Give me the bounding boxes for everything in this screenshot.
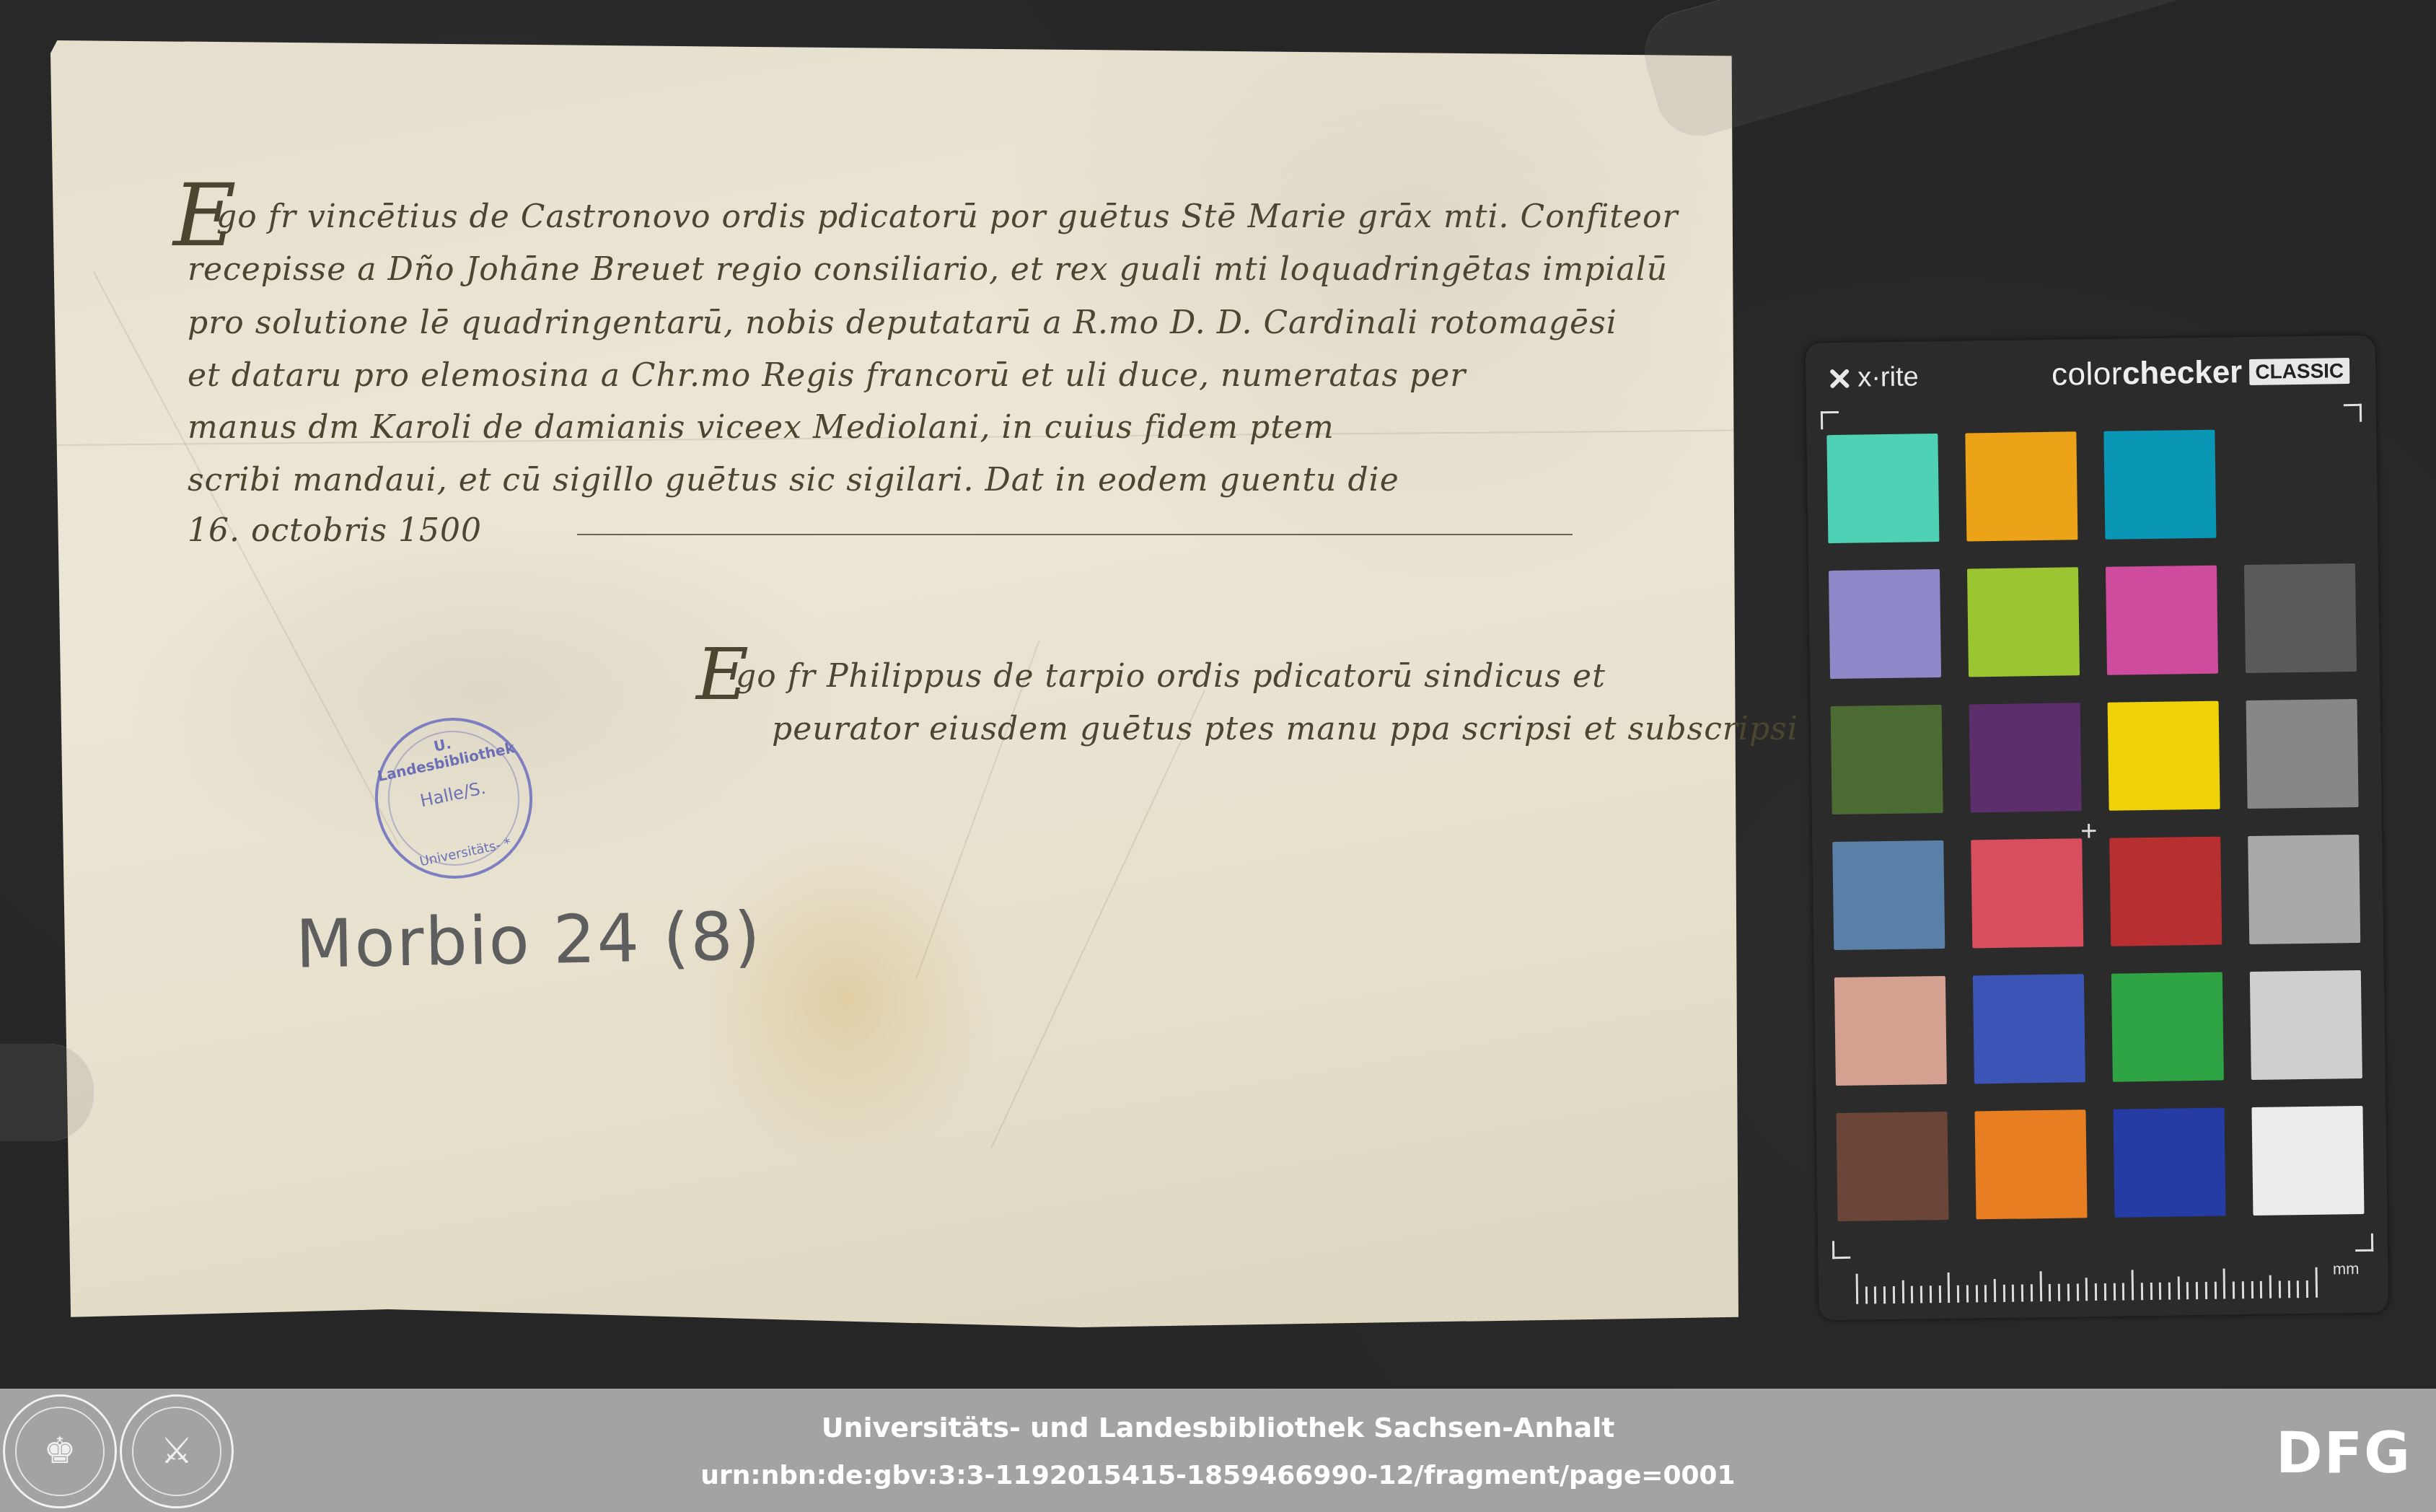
mm-ruler [1856,1267,2318,1304]
ruler-tick [2242,1281,2244,1298]
ruler-tick [1911,1286,1913,1304]
shelfmark: Morbio 24 (8) [295,897,762,983]
ruler-tick [1966,1285,1969,1303]
ruler-tick [2113,1283,2115,1301]
manuscript-line-7: 16. octobris 1500 [188,512,482,549]
plexiglass-clamp-left [0,1044,95,1141]
ruler-tick [1984,1285,1987,1302]
ruler-tick [2141,1283,2143,1300]
ruler-tick [1856,1274,1859,1304]
ruler-tick [2049,1284,2051,1301]
color-patch [2242,428,2354,537]
color-patch [1834,976,1947,1086]
ruler-tick [1920,1285,1922,1303]
color-patch [2103,430,2216,540]
manuscript-line-5: manus dm Karoli de damianis viceex Medio… [188,409,1334,446]
color-patch [2111,972,2224,1082]
color-patch [2106,566,2218,675]
ruler-tick [2214,1282,2216,1299]
color-patch [2248,835,2360,944]
ruler-tick [2076,1283,2078,1301]
corner-mark [2344,404,2362,422]
color-patch [1974,1109,2087,1219]
ruler-tick [1975,1285,1977,1302]
color-patch [2108,701,2220,811]
colorchecker-card: x·rite color checker CLASSIC + mm [1806,335,2389,1321]
ruler-tick [2205,1282,2207,1299]
color-patch [2250,970,2362,1080]
color-patch [1971,838,2083,948]
corner-mark [1821,411,1839,429]
ruler-tick [2223,1269,2226,1299]
ruler-unit-label: mm [2333,1260,2360,1279]
manuscript-line-1: go fr vincētius de Castronovo ordis pdic… [216,198,1679,235]
color-patch [2109,837,2222,946]
ruler-tick [2085,1278,2088,1301]
colorchecker-title: color checker CLASSIC [2052,353,2350,393]
ruler-tick [1948,1273,1951,1303]
color-patch [1831,705,1943,814]
color-patch [2251,1106,2364,1216]
color-patch [1965,431,2077,541]
ruler-tick [2177,1276,2179,1299]
ruler-tick [2186,1282,2189,1299]
crosshair-icon: + [2080,817,2098,845]
ruler-tick [1883,1286,1886,1304]
ruler-tick [2297,1280,2299,1298]
library-footer: ♚ ⚔ Universitäts- und Landesbibliothek S… [0,1389,2436,1512]
ruler-tick [2279,1281,2281,1298]
ruler-tick [2122,1283,2124,1301]
ruler-tick [2039,1271,2042,1301]
color-patch [1836,1112,1948,1221]
library-name: Universitäts- und Landesbibliothek Sachs… [0,1412,2436,1443]
ruler-tick [2269,1275,2272,1298]
color-patch [2244,563,2357,673]
colorchecker-title-light: color [2052,356,2123,392]
color-patch [1967,567,2080,677]
ruler-tick [2168,1283,2171,1300]
crease [990,690,1205,1148]
signature-line-1: go fr Philippus de tarpio ordis pdicator… [736,658,1606,695]
color-patch [2113,1108,2225,1218]
ruler-tick [1957,1285,1959,1303]
ruler-tick [2159,1283,2161,1300]
xrite-x-icon [1827,366,1852,390]
signature-line-2: peurator eiusdem guētus ptes manu ppa sc… [772,711,1798,747]
ruler-tick [2251,1281,2253,1298]
ruler-tick [2095,1283,2097,1301]
dfg-logo: DFG [2276,1421,2411,1486]
ruler-tick [2260,1281,2262,1298]
ruler-tick [2012,1285,2014,1302]
ruler-tick [2058,1284,2060,1301]
ruler-tick [2021,1284,2023,1301]
classic-badge: CLASSIC [2249,358,2349,385]
color-patch [1829,569,1941,679]
ruler-tick [1865,1287,1868,1304]
ruler-tick [2031,1284,2033,1301]
corner-mark [2355,1234,2373,1252]
color-patch [2246,699,2359,809]
ruler-tick [1938,1285,1940,1303]
ruler-tick [1994,1279,1996,1302]
xrite-logo: x·rite [1827,361,1919,394]
color-patch [1826,434,1939,543]
ruler-tick [1901,1280,1904,1304]
ruler-tick [2196,1282,2198,1299]
manuscript-line-6: scribi mandaui, et cū sigillo guētus sic… [188,462,1399,498]
ruler-tick [2306,1280,2308,1298]
color-patch [1969,703,2082,812]
ruler-tick [2233,1281,2235,1298]
ruler-tick [1874,1286,1876,1304]
manuscript-line-2: recepisse a Dño Johāne Breuet regio cons… [188,251,1668,288]
ruler-tick [2315,1267,2318,1298]
ruler-tick [1930,1285,1932,1303]
ruler-tick [2104,1283,2106,1301]
ruler-tick [2150,1283,2152,1300]
manuscript-line-4: et dataru pro elemosina a Chr.mo Regis f… [188,357,1466,394]
urn-identifier[interactable]: urn:nbn:de:gbv:3:3-1192015415-1859466990… [0,1461,2436,1490]
color-patch [1832,840,1945,950]
colorchecker-title-bold: checker [2122,354,2243,392]
xrite-brand: x·rite [1857,361,1919,393]
ruler-tick [2132,1270,2134,1300]
ruler-tick [1893,1286,1895,1304]
color-patch [1973,974,2085,1084]
ruler-tick [2003,1285,2005,1302]
ruler-tick [2287,1280,2290,1298]
ruler-tick [2067,1284,2070,1301]
closing-line [577,534,1573,535]
corner-mark [1832,1241,1850,1259]
manuscript-line-3: pro solutione lē quadringentarū, nobis d… [188,304,1617,341]
